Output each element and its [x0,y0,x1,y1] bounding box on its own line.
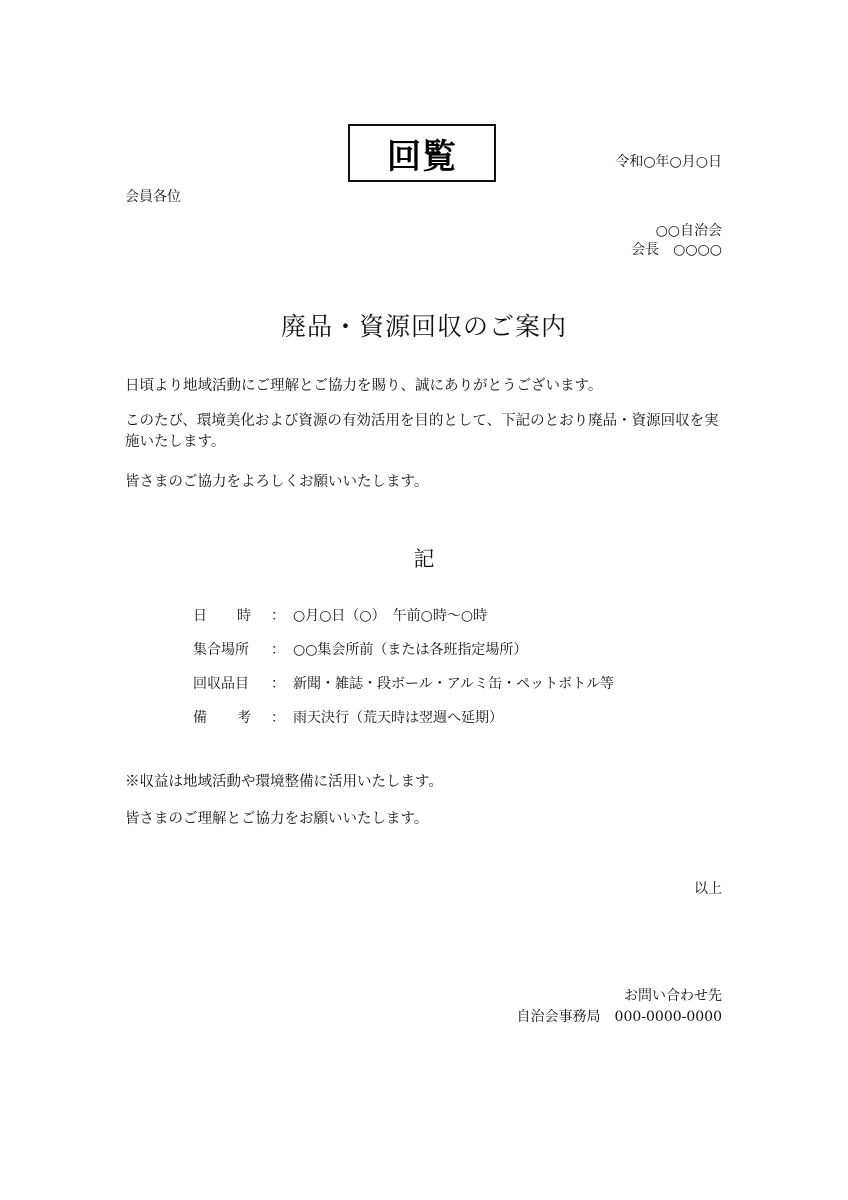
details-list: 日 時 ： ○月○日（○） 午前○時～○時 集合場所 ： ○○集会所前（または各… [193,598,614,734]
detail-label: 日 時 [193,605,263,625]
contact-info: 自治会事務局000-0000-0000 [517,1006,722,1026]
contact-phone: 000-0000-0000 [615,1009,722,1025]
detail-label-char: 日 [193,605,207,625]
detail-colon: ： [263,639,293,659]
proceeds-note: ※収益は地域活動や環境整備に活用いたします。 [125,770,443,791]
addressee: 会員各位 [125,186,181,206]
detail-label-char: 回収品目 [193,673,249,693]
document-page: 回覧 令和○年○月○日 会員各位 ○○自治会 会長 ○○○○ 廃品・資源回収のご… [0,0,848,1200]
ki-heading: 記 [0,543,848,573]
circulation-label: 回覧 [387,129,457,178]
request-paragraph: 皆さまのご協力をよろしくお願いいたします。 [125,472,725,493]
sender-organization: ○○自治会 [656,220,722,240]
detail-row-datetime: 日 時 ： ○月○日（○） 午前○時～○時 [193,598,614,632]
detail-label-char: 時 [237,605,251,625]
detail-value: ○月○日（○） 午前○時～○時 [293,605,487,625]
detail-label: 備 考 [193,707,263,727]
document-date: 令和○年○月○日 [615,151,722,171]
detail-label: 回収品目 [193,673,263,693]
detail-colon: ： [263,673,293,693]
detail-row-remarks: 備 考 ： 雨天決行（荒天時は翌週へ延期） [193,700,614,734]
document-title: 廃品・資源回収のご案内 [0,307,848,343]
detail-row-items: 回収品目 ： 新聞・雑誌・段ボール・アルミ缶・ペットボトル等 [193,666,614,700]
detail-label-char: 集合場所 [193,639,249,659]
contact-office: 自治会事務局 [517,1009,601,1025]
detail-value: 雨天決行（荒天時は翌週へ延期） [293,707,503,727]
detail-label-char: 備 [193,707,207,727]
closing-paragraph: 皆さまのご理解とご協力をお願いいたします。 [125,807,428,828]
detail-colon: ： [263,605,293,625]
greeting-paragraph: 日頃より地域活動にご理解とご協力を賜り、誠にありがとうございます。 [125,376,725,397]
detail-value: ○○集会所前（または各班指定場所） [293,639,527,659]
purpose-paragraph: このたび、環境美化および資源の有効活用を目的として、下記のとおり廃品・資源回収を… [125,411,725,453]
circulation-stamp: 回覧 [348,124,496,182]
detail-row-location: 集合場所 ： ○○集会所前（または各班指定場所） [193,632,614,666]
contact-label: お問い合わせ先 [624,985,722,1005]
detail-label: 集合場所 [193,639,263,659]
detail-value: 新聞・雑誌・段ボール・アルミ缶・ペットボトル等 [293,673,614,693]
sender-name: 会長 ○○○○ [631,239,722,259]
ijo-end-mark: 以上 [694,878,722,898]
detail-colon: ： [263,707,293,727]
detail-label-char: 考 [237,707,251,727]
